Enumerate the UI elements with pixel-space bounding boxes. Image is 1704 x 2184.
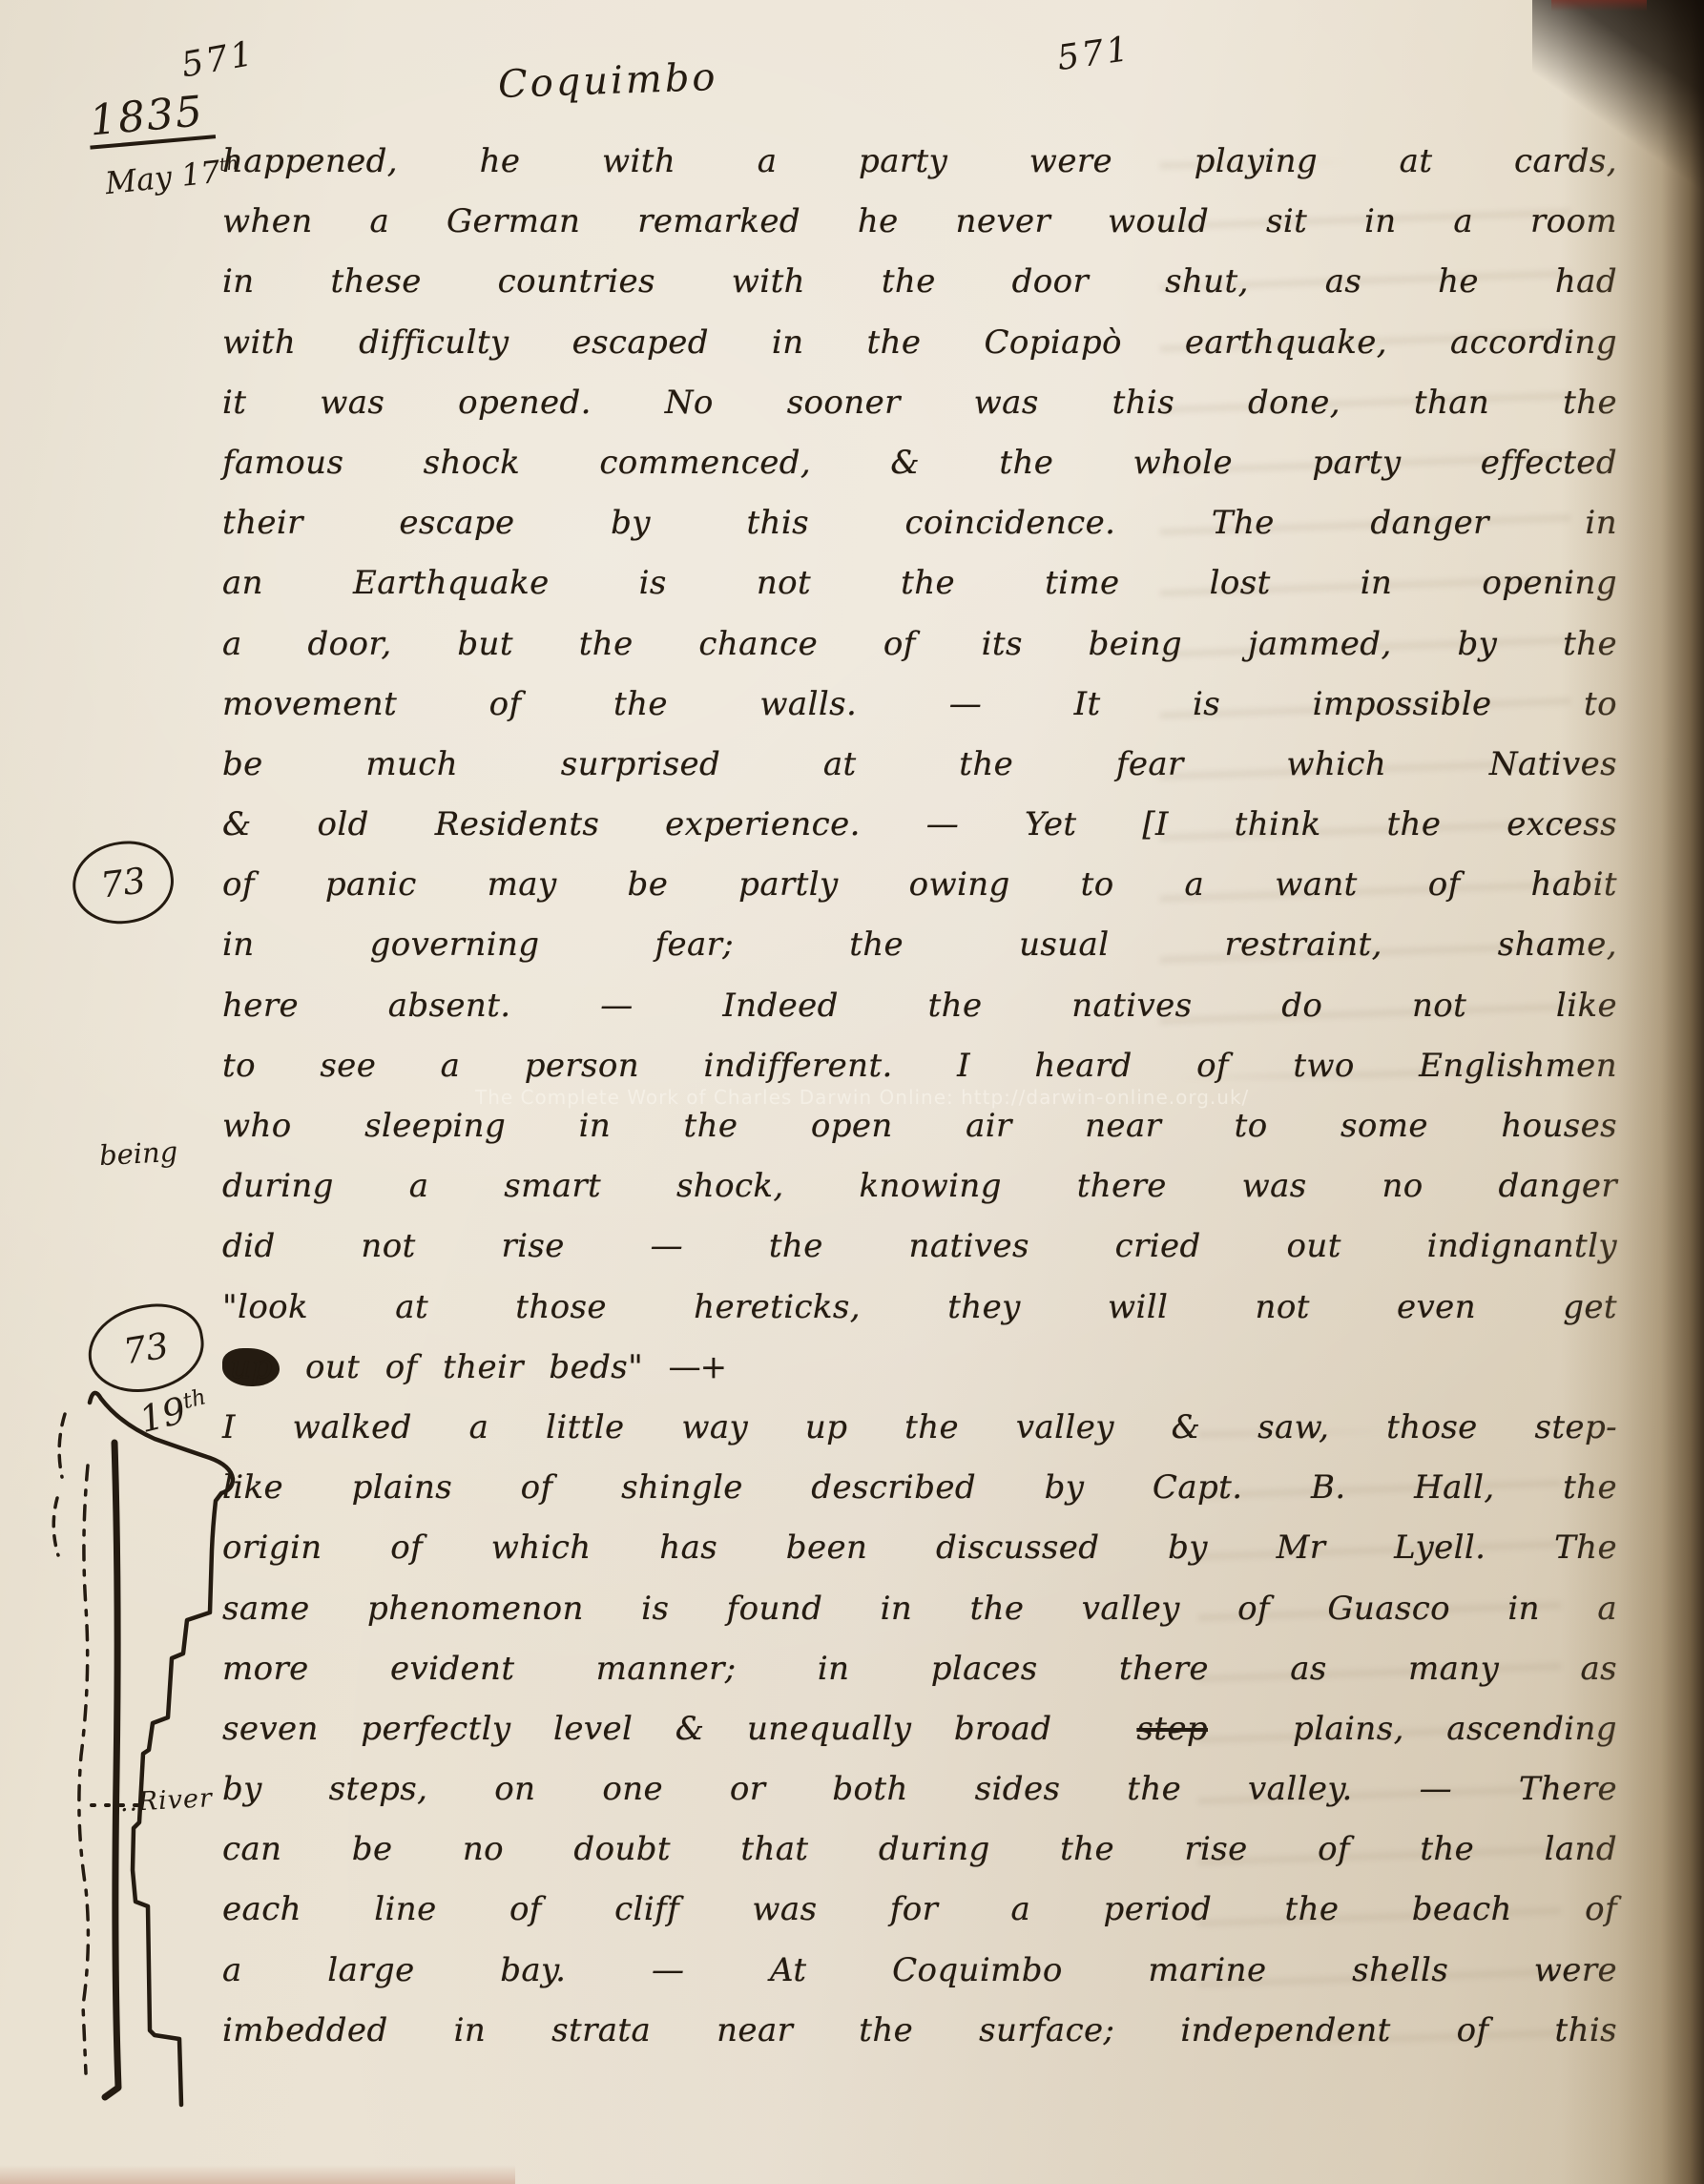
manuscript-line: more evident manner; in places there as … bbox=[222, 1639, 1617, 1699]
manuscript-line: by steps, on one or both sides the valle… bbox=[222, 1759, 1617, 1820]
manuscript-line: a door, but the chance of its being jamm… bbox=[222, 614, 1617, 675]
manuscript-line: during a smart shock, knowing there was … bbox=[222, 1156, 1617, 1217]
manuscript-line: & old Residents experience. — Yet [I thi… bbox=[222, 795, 1617, 855]
manuscript-line: be much surprised at the fear which Nati… bbox=[222, 735, 1617, 795]
manuscript-line: happened, he with a party were playing a… bbox=[222, 132, 1617, 192]
sketch-arc-2 bbox=[53, 1498, 58, 1555]
page-number-right: 571 bbox=[1055, 30, 1134, 78]
manuscript-line: origin of which has been discussed by Mr… bbox=[222, 1518, 1617, 1578]
page-title: Coquimbo bbox=[497, 55, 718, 107]
page-number-left: 571 bbox=[178, 34, 259, 86]
manuscript-line: same phenomenon is found in the valley o… bbox=[222, 1579, 1617, 1639]
sketch-river-line bbox=[105, 1443, 118, 2097]
margin-word-being: being bbox=[98, 1135, 178, 1172]
manuscript-line: it was opened. No sooner was this done, … bbox=[222, 373, 1617, 433]
manuscript-line: I walked a little way up the valley & sa… bbox=[222, 1398, 1617, 1458]
manuscript-line: did not rise — the natives cried out ind… bbox=[222, 1217, 1617, 1277]
manuscript-line: like plains of shingle described by Capt… bbox=[222, 1458, 1617, 1518]
margin-date-may-17: May 17th bbox=[103, 152, 240, 202]
sketch-arc-1 bbox=[59, 1414, 65, 1477]
manuscript-line: to see a person indifferent. I heard of … bbox=[222, 1036, 1617, 1096]
page-fold-shadow bbox=[1561, 0, 1704, 2184]
manuscript-line: up out of their beds" —+ bbox=[222, 1338, 1033, 1398]
manuscript-line: with difficulty escaped in the Copiapò e… bbox=[222, 313, 1617, 373]
sketch-dashed-line bbox=[79, 1466, 89, 2073]
bottom-edge-strip bbox=[0, 2165, 515, 2184]
manuscript-line: can be no doubt that during the rise of … bbox=[222, 1820, 1617, 1880]
year-heading: 1835 bbox=[86, 86, 216, 149]
manuscript-line: an Earthquake is not the time lost in op… bbox=[222, 553, 1617, 614]
manuscript-line: of panic may be partly owing to a want o… bbox=[222, 855, 1617, 915]
manuscript-page: 571 571 1835 Coquimbo May 17th 73 being … bbox=[0, 0, 1704, 2184]
manuscript-line: famous shock commenced, & the whole part… bbox=[222, 433, 1617, 493]
manuscript-line: a large bay. — At Coquimbo marine shells… bbox=[222, 1941, 1617, 2001]
binding-edge-sliver bbox=[1551, 0, 1647, 11]
top-right-corner-shadow bbox=[1532, 0, 1704, 191]
manuscript-line: "look at those hereticks, they will not … bbox=[222, 1278, 1617, 1338]
manuscript-line: their escape by this coincidence. The da… bbox=[222, 493, 1617, 553]
manuscript-line: each line of cliff was for a period the … bbox=[222, 1880, 1617, 1940]
manuscript-line: in governing fear; the usual restraint, … bbox=[222, 915, 1617, 975]
manuscript-line: movement of the walls. — It is impossibl… bbox=[222, 675, 1617, 735]
manuscript-line: here absent. — Indeed the natives do not… bbox=[222, 976, 1617, 1036]
manuscript-line: in these countries with the door shut, a… bbox=[222, 252, 1617, 312]
manuscript-lines: happened, he with a party were playing a… bbox=[222, 132, 1617, 2061]
manuscript-line: when a German remarked he never would si… bbox=[222, 192, 1617, 252]
sketch-cliff-profile bbox=[90, 1393, 233, 2105]
manuscript-line: seven perfectly level & unequally broad … bbox=[222, 1699, 1617, 1759]
manuscript-line: imbedded in strata near the surface; ind… bbox=[222, 2001, 1617, 2061]
margin-note-73-top: 73 bbox=[68, 836, 178, 929]
manuscript-line: who sleeping in the open air near to som… bbox=[222, 1096, 1617, 1156]
river-label: ...River bbox=[110, 1783, 213, 1819]
